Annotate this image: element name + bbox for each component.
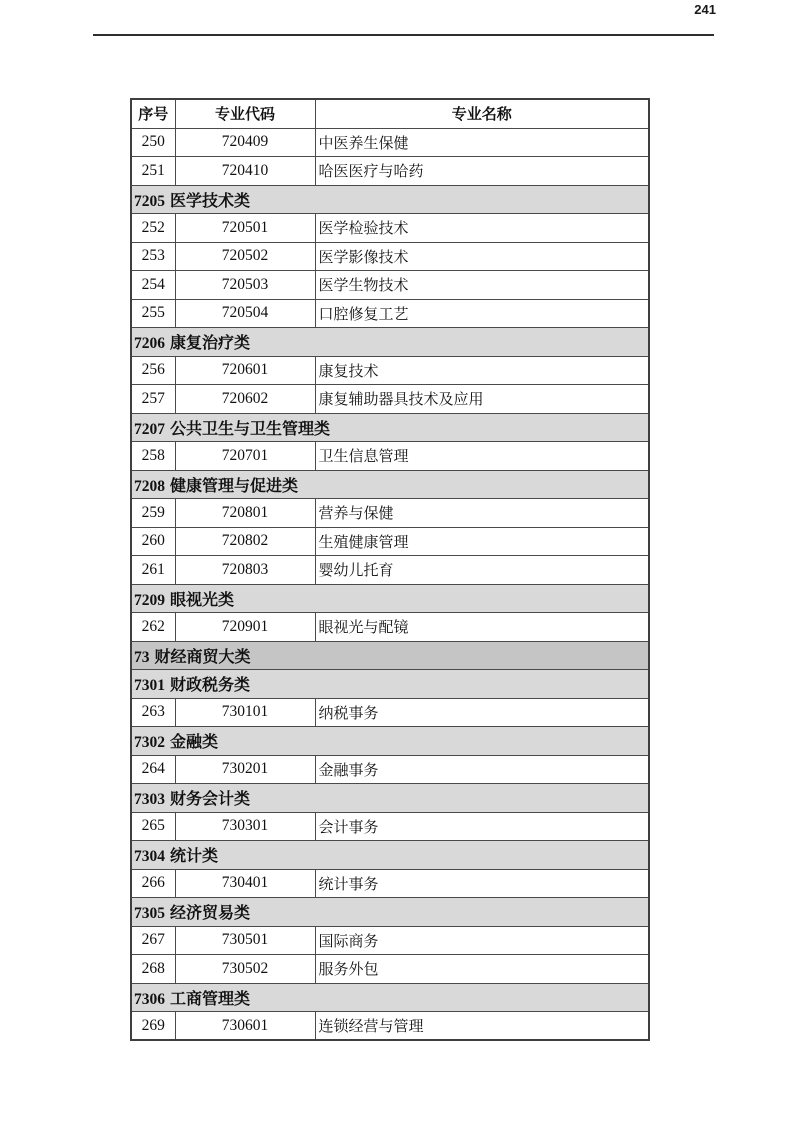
cell-code: 720501 <box>175 214 315 243</box>
cell-name: 哈医医疗与哈药 <box>315 157 649 186</box>
category-section-row: 7304统计类 <box>131 841 649 870</box>
cell-name: 统计事务 <box>315 869 649 898</box>
cell-name: 康复技术 <box>315 356 649 385</box>
cell-seq: 253 <box>131 242 175 271</box>
cell-code: 730601 <box>175 1012 315 1041</box>
cell-code: 720701 <box>175 442 315 471</box>
section-name: 康复治疗类 <box>170 335 250 352</box>
cell-section: 7205医学技术类 <box>131 185 649 214</box>
section-name: 金融类 <box>170 734 218 751</box>
cell-seq: 259 <box>131 499 175 528</box>
section-code: 7207 <box>134 421 165 438</box>
cell-name: 生殖健康管理 <box>315 527 649 556</box>
major-catalog-table: 序号 专业代码 专业名称 250720409中医养生保健251720410哈医医… <box>130 98 650 1041</box>
cell-name: 口腔修复工艺 <box>315 299 649 328</box>
section-name: 统计类 <box>170 848 218 865</box>
cell-name: 卫生信息管理 <box>315 442 649 471</box>
cell-section: 7206康复治疗类 <box>131 328 649 357</box>
cell-code: 720601 <box>175 356 315 385</box>
cell-code: 720409 <box>175 128 315 157</box>
cell-code: 730101 <box>175 698 315 727</box>
table-row: 251720410哈医医疗与哈药 <box>131 157 649 186</box>
table-row: 263730101纳税事务 <box>131 698 649 727</box>
section-name: 医学技术类 <box>170 193 250 210</box>
section-name: 眼视光类 <box>170 592 234 609</box>
section-code: 7208 <box>134 478 165 495</box>
cell-seq: 265 <box>131 812 175 841</box>
cell-seq: 262 <box>131 613 175 642</box>
table-header: 序号 专业代码 专业名称 <box>131 99 649 128</box>
table-row: 264730201金融事务 <box>131 755 649 784</box>
table-row: 253720502医学影像技术 <box>131 242 649 271</box>
table-row: 260720802生殖健康管理 <box>131 527 649 556</box>
cell-code: 720803 <box>175 556 315 585</box>
cell-code: 730201 <box>175 755 315 784</box>
cell-section: 7303财务会计类 <box>131 784 649 813</box>
cell-code: 720802 <box>175 527 315 556</box>
cell-code: 720502 <box>175 242 315 271</box>
table-row: 269730601连锁经营与管理 <box>131 1012 649 1041</box>
cell-seq: 251 <box>131 157 175 186</box>
section-code: 7205 <box>134 193 165 210</box>
cell-name: 眼视光与配镜 <box>315 613 649 642</box>
cell-section: 7302金融类 <box>131 727 649 756</box>
table-row: 261720803婴幼儿托育 <box>131 556 649 585</box>
table-row: 267730501国际商务 <box>131 926 649 955</box>
cell-section: 7301财政税务类 <box>131 670 649 699</box>
cell-name: 国际商务 <box>315 926 649 955</box>
cell-code: 730501 <box>175 926 315 955</box>
section-name: 公共卫生与卫生管理类 <box>170 421 330 438</box>
section-name: 财务会计类 <box>170 791 250 808</box>
table-row: 256720601康复技术 <box>131 356 649 385</box>
table-row: 265730301会计事务 <box>131 812 649 841</box>
section-code: 7206 <box>134 335 165 352</box>
column-header-seq: 序号 <box>131 99 175 128</box>
section-code: 7305 <box>134 905 165 922</box>
table-row: 250720409中医养生保健 <box>131 128 649 157</box>
table-row: 266730401统计事务 <box>131 869 649 898</box>
cell-seq: 267 <box>131 926 175 955</box>
section-name: 经济贸易类 <box>170 905 250 922</box>
cell-code: 720503 <box>175 271 315 300</box>
cell-seq: 256 <box>131 356 175 385</box>
cell-name: 婴幼儿托育 <box>315 556 649 585</box>
section-code: 73 <box>134 649 150 666</box>
table-row: 262720901眼视光与配镜 <box>131 613 649 642</box>
column-header-name: 专业名称 <box>315 99 649 128</box>
cell-seq: 260 <box>131 527 175 556</box>
cell-code: 720801 <box>175 499 315 528</box>
cell-seq: 264 <box>131 755 175 784</box>
cell-section: 7207公共卫生与卫生管理类 <box>131 413 649 442</box>
category-section-row: 7306工商管理类 <box>131 983 649 1012</box>
table-row: 252720501医学检验技术 <box>131 214 649 243</box>
document-page: 241 序号 专业代码 专业名称 250720409中医养生保健25172041… <box>0 0 793 1122</box>
section-code: 7301 <box>134 677 165 694</box>
cell-seq: 255 <box>131 299 175 328</box>
header-rule <box>93 34 714 36</box>
cell-code: 720504 <box>175 299 315 328</box>
page-number: 241 <box>690 2 716 17</box>
cell-section: 7304统计类 <box>131 841 649 870</box>
major-category-row: 73财经商贸大类 <box>131 641 649 670</box>
table-header-row: 序号 专业代码 专业名称 <box>131 99 649 128</box>
section-code: 7209 <box>134 592 165 609</box>
cell-section: 7208健康管理与促进类 <box>131 470 649 499</box>
section-code: 7303 <box>134 791 165 808</box>
cell-name: 纳税事务 <box>315 698 649 727</box>
column-header-code: 专业代码 <box>175 99 315 128</box>
table-row: 258720701卫生信息管理 <box>131 442 649 471</box>
table-row: 254720503医学生物技术 <box>131 271 649 300</box>
section-name: 财政税务类 <box>170 677 250 694</box>
cell-seq: 261 <box>131 556 175 585</box>
cell-seq: 254 <box>131 271 175 300</box>
cell-name: 服务外包 <box>315 955 649 984</box>
cell-name: 金融事务 <box>315 755 649 784</box>
cell-section: 73财经商贸大类 <box>131 641 649 670</box>
table-row: 255720504口腔修复工艺 <box>131 299 649 328</box>
cell-code: 720410 <box>175 157 315 186</box>
cell-name: 医学影像技术 <box>315 242 649 271</box>
cell-name: 营养与保健 <box>315 499 649 528</box>
cell-code: 720901 <box>175 613 315 642</box>
section-name: 工商管理类 <box>170 991 250 1008</box>
cell-seq: 269 <box>131 1012 175 1041</box>
cell-name: 康复辅助器具技术及应用 <box>315 385 649 414</box>
table-row: 268730502服务外包 <box>131 955 649 984</box>
cell-name: 连锁经营与管理 <box>315 1012 649 1041</box>
cell-seq: 268 <box>131 955 175 984</box>
category-section-row: 7301财政税务类 <box>131 670 649 699</box>
category-section-row: 7302金融类 <box>131 727 649 756</box>
category-section-row: 7305经济贸易类 <box>131 898 649 927</box>
cell-seq: 258 <box>131 442 175 471</box>
category-section-row: 7206康复治疗类 <box>131 328 649 357</box>
cell-code: 720602 <box>175 385 315 414</box>
cell-section: 7306工商管理类 <box>131 983 649 1012</box>
section-code: 7306 <box>134 991 165 1008</box>
cell-name: 医学生物技术 <box>315 271 649 300</box>
category-section-row: 7207公共卫生与卫生管理类 <box>131 413 649 442</box>
cell-section: 7305经济贸易类 <box>131 898 649 927</box>
section-code: 7304 <box>134 848 165 865</box>
cell-seq: 257 <box>131 385 175 414</box>
cell-seq: 266 <box>131 869 175 898</box>
cell-code: 730502 <box>175 955 315 984</box>
table-body: 250720409中医养生保健251720410哈医医疗与哈药7205医学技术类… <box>131 128 649 1040</box>
cell-name: 会计事务 <box>315 812 649 841</box>
cell-code: 730301 <box>175 812 315 841</box>
cell-seq: 252 <box>131 214 175 243</box>
section-name: 财经商贸大类 <box>155 649 251 666</box>
category-section-row: 7209眼视光类 <box>131 584 649 613</box>
section-code: 7302 <box>134 734 165 751</box>
cell-name: 中医养生保健 <box>315 128 649 157</box>
cell-section: 7209眼视光类 <box>131 584 649 613</box>
section-name: 健康管理与促进类 <box>170 478 298 495</box>
category-section-row: 7205医学技术类 <box>131 185 649 214</box>
cell-name: 医学检验技术 <box>315 214 649 243</box>
table-row: 259720801营养与保健 <box>131 499 649 528</box>
cell-seq: 263 <box>131 698 175 727</box>
table-row: 257720602康复辅助器具技术及应用 <box>131 385 649 414</box>
cell-code: 730401 <box>175 869 315 898</box>
category-section-row: 7208健康管理与促进类 <box>131 470 649 499</box>
category-section-row: 7303财务会计类 <box>131 784 649 813</box>
cell-seq: 250 <box>131 128 175 157</box>
